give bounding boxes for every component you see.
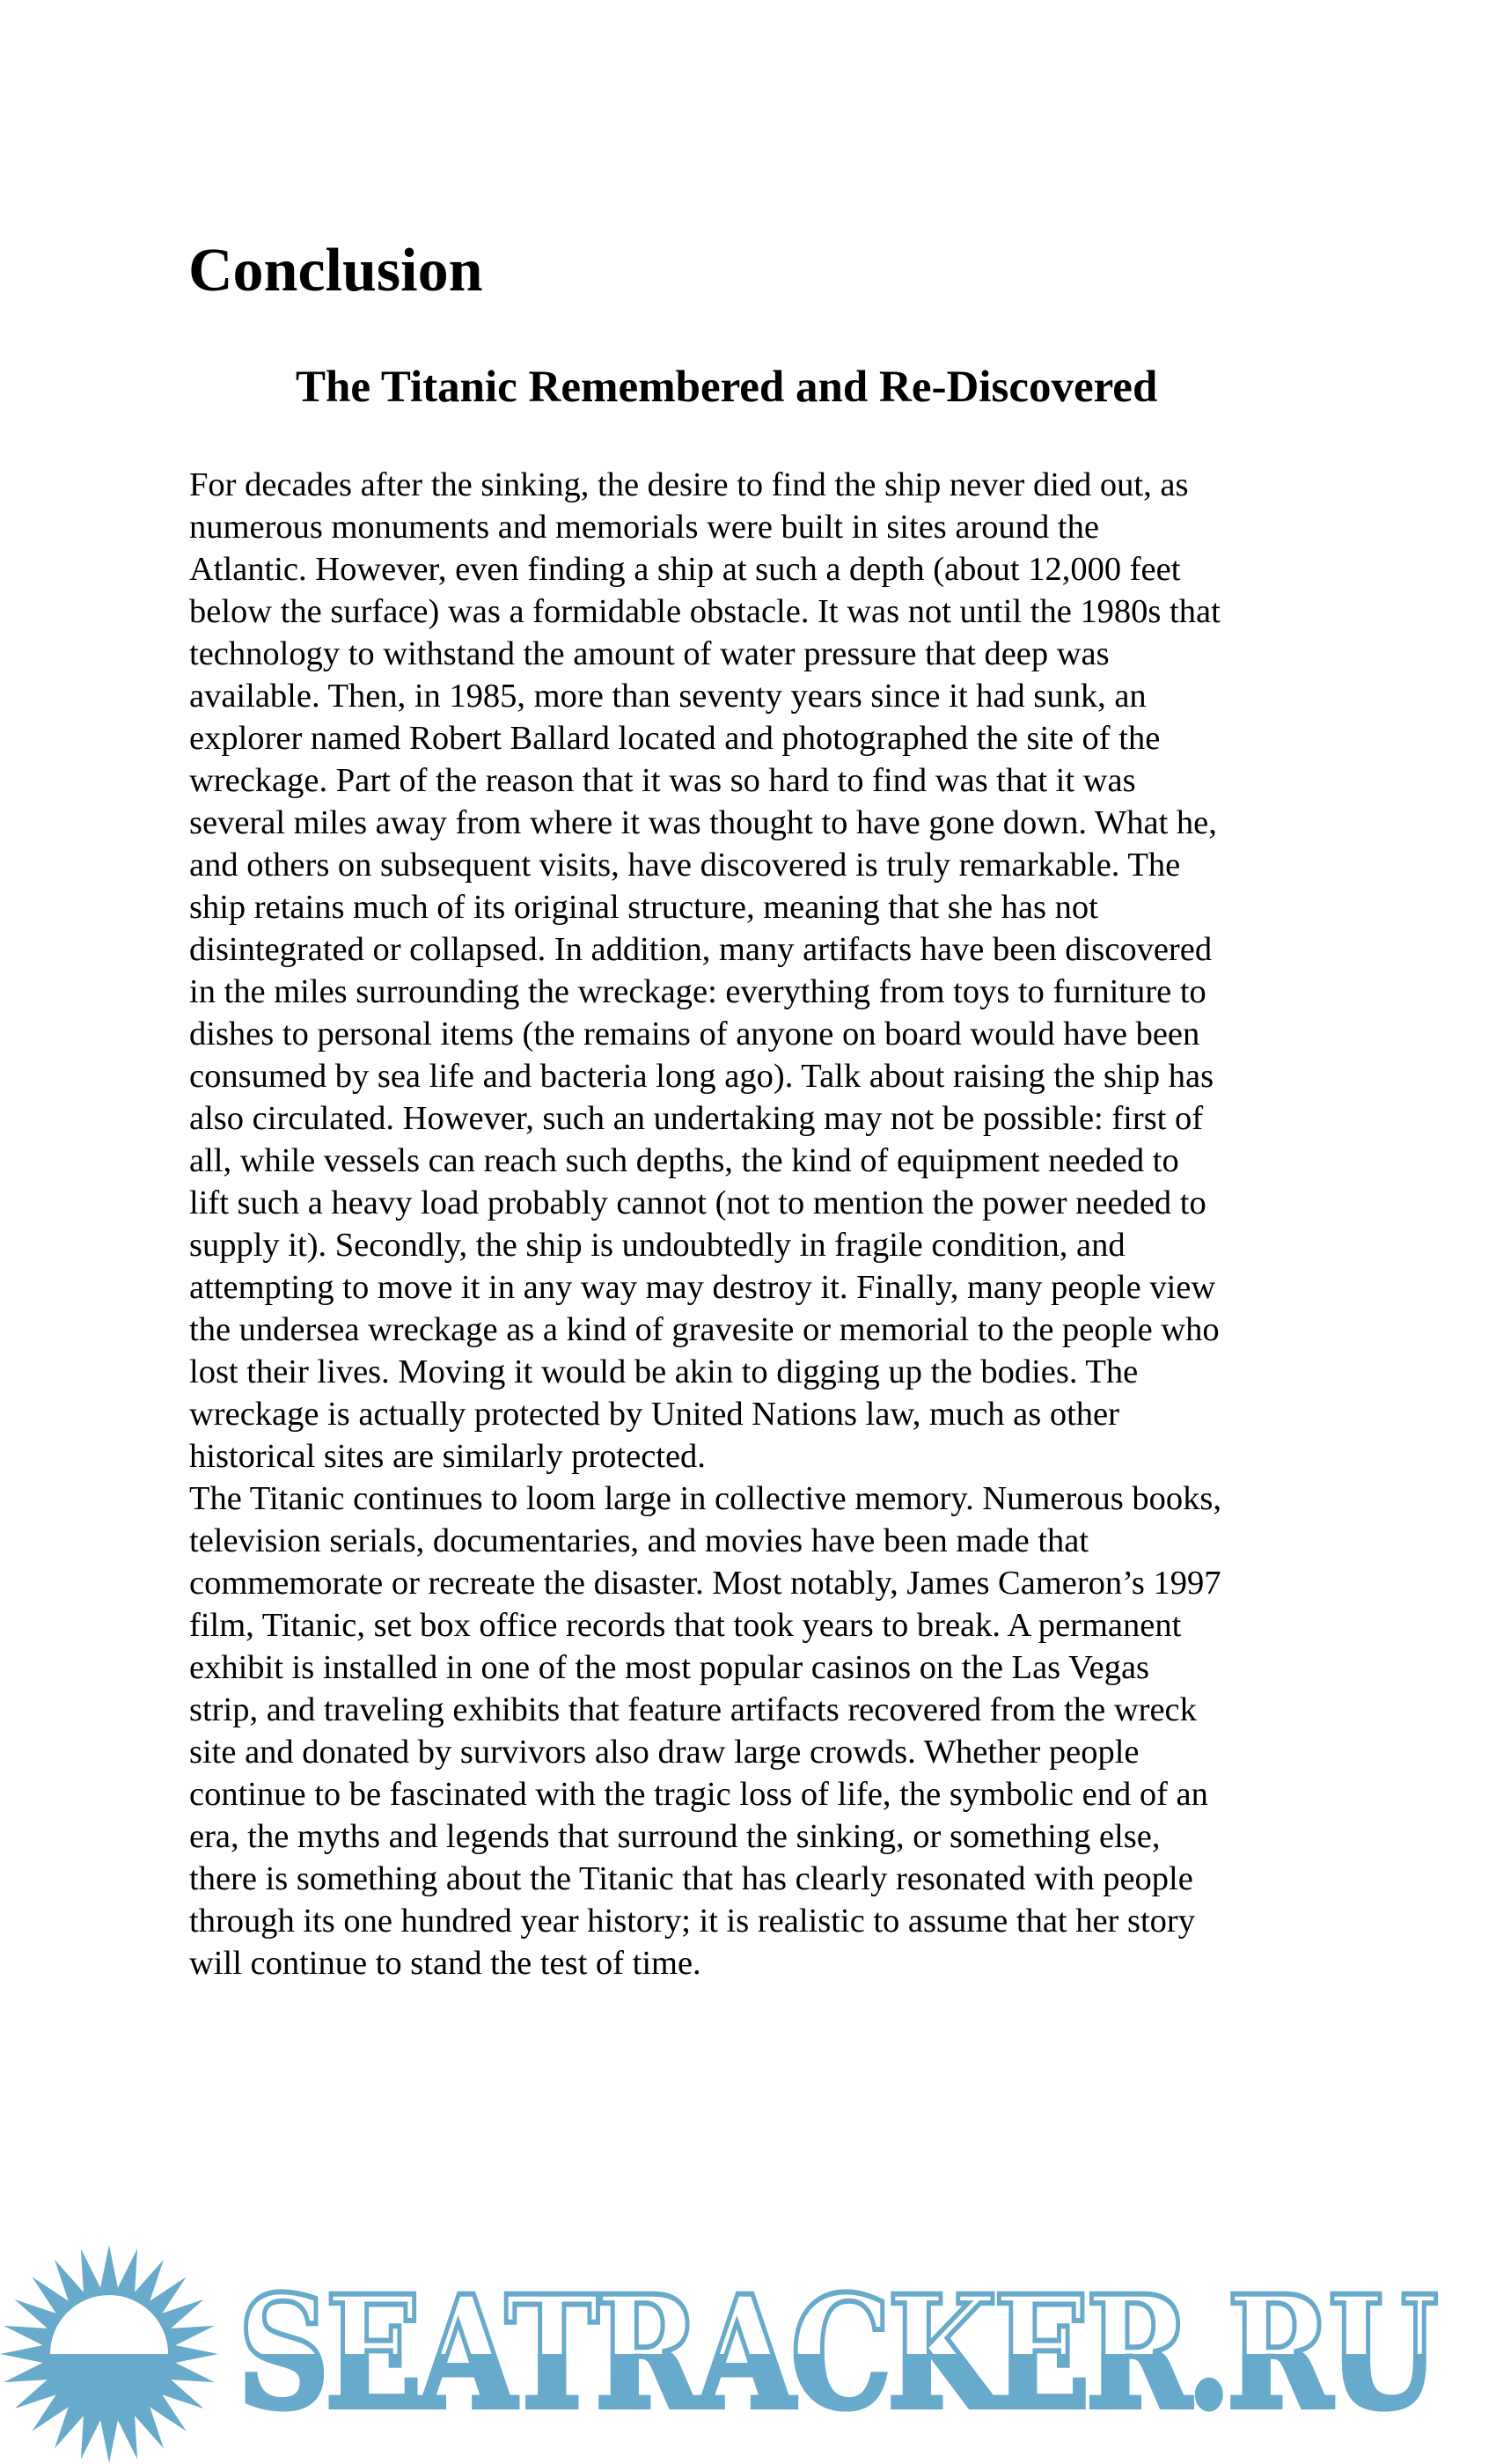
text-line: Atlantic. However, even finding a ship a… xyxy=(189,548,1333,590)
text-line: the undersea wreckage as a kind of grave… xyxy=(189,1309,1333,1351)
text-line: also circulated. However, such an undert… xyxy=(189,1097,1333,1140)
text-line: consumed by sea life and bacteria long a… xyxy=(189,1055,1333,1097)
text-line: in the miles surrounding the wreckage: e… xyxy=(189,971,1333,1013)
text-line: several miles away from where it was tho… xyxy=(189,802,1333,844)
body-text: For decades after the sinking, the desir… xyxy=(189,464,1333,1984)
text-line: below the surface) was a formidable obst… xyxy=(189,590,1333,633)
text-line: technology to withstand the amount of wa… xyxy=(189,633,1333,675)
chapter-heading: Conclusion xyxy=(188,236,483,306)
text-line: numerous monuments and memorials were bu… xyxy=(189,506,1333,548)
text-line: film, Titanic, set box office records th… xyxy=(189,1604,1333,1646)
text-line: ship retains much of its original struct… xyxy=(189,886,1333,928)
text-line: explorer named Robert Ballard located an… xyxy=(189,717,1333,759)
text-line: continue to be fascinated with the tragi… xyxy=(189,1773,1333,1815)
text-line: all, while vessels can reach such depths… xyxy=(189,1140,1333,1182)
text-line: there is something about the Titanic tha… xyxy=(189,1858,1333,1900)
text-line: will continue to stand the test of time. xyxy=(189,1942,1333,1984)
text-line: lift such a heavy load probably cannot (… xyxy=(189,1182,1333,1224)
text-line: lost their lives. Moving it would be aki… xyxy=(189,1351,1333,1393)
text-line: historical sites are similarly protected… xyxy=(189,1435,1333,1478)
text-line: attempting to move it in any way may des… xyxy=(189,1266,1333,1309)
text-line: and others on subsequent visits, have di… xyxy=(189,844,1333,886)
text-line: available. Then, in 1985, more than seve… xyxy=(189,675,1333,717)
section-subheading: The Titanic Remembered and Re-Discovered xyxy=(0,361,1496,414)
text-line: dishes to personal items (the remains of… xyxy=(189,1013,1333,1055)
text-line: supply it). Secondly, the ship is undoub… xyxy=(189,1224,1333,1266)
text-line: site and donated by survivors also draw … xyxy=(189,1731,1333,1773)
text-line: era, the myths and legends that surround… xyxy=(189,1815,1333,1858)
text-line: The Titanic continues to loom large in c… xyxy=(189,1478,1333,1520)
text-line: strip, and traveling exhibits that featu… xyxy=(189,1689,1333,1731)
text-line: wreckage is actually protected by United… xyxy=(189,1393,1333,1435)
text-line: through its one hundred year history; it… xyxy=(189,1900,1333,1942)
text-line: exhibit is installed in one of the most … xyxy=(189,1646,1333,1689)
text-line: television serials, documentaries, and m… xyxy=(189,1520,1333,1562)
text-line: For decades after the sinking, the desir… xyxy=(189,464,1333,506)
text-line: wreckage. Part of the reason that it was… xyxy=(189,759,1333,802)
text-line: disintegrated or collapsed. In addition,… xyxy=(189,928,1333,971)
text-line: commemorate or recreate the disaster. Mo… xyxy=(189,1562,1333,1604)
